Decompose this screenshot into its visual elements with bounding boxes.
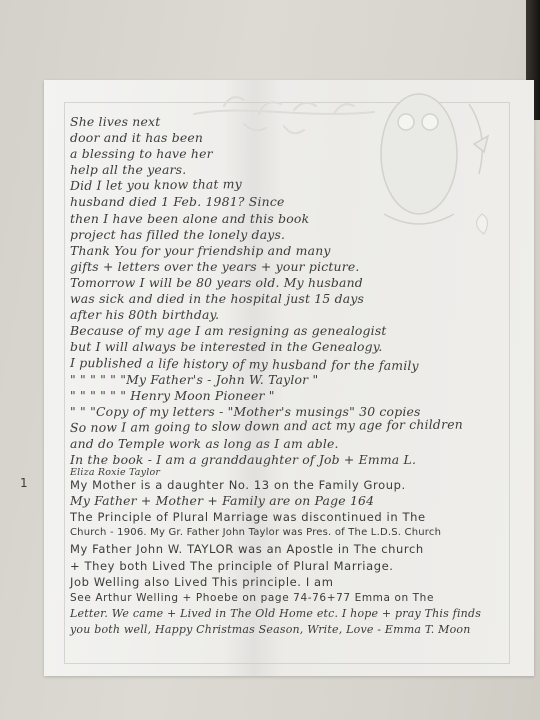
letter-line: Did I let you know that my <box>70 174 530 195</box>
letter-line: My Mother is a daughter No. 13 on the Fa… <box>70 477 530 493</box>
letter-line: Job Welling also Lived This principle. I… <box>70 574 530 590</box>
margin-mark: 1 <box>20 476 28 490</box>
letter-line: project has filled the lonely days. <box>70 227 530 243</box>
letter-line: Letter. We came + Lived in The Old Home … <box>70 606 530 622</box>
letter-body: She lives next door and it has been a bl… <box>70 114 530 638</box>
letter-line: + They both Lived The principle of Plura… <box>70 558 530 574</box>
letter-line: Thank You for your friendship and many <box>70 243 530 259</box>
letter-line: See Arthur Welling + Phoebe on page 74-7… <box>70 590 530 606</box>
letter-line: but I will always be interested in the G… <box>70 339 530 355</box>
letter-line: My Father John W. TAYLOR was an Apostle … <box>70 541 530 557</box>
letter-line: was sick and died in the hospital just 1… <box>70 291 530 307</box>
letter-line: In the book - I am a granddaughter of Jo… <box>70 452 530 468</box>
letter-line: She lives next <box>70 114 530 130</box>
letter-line-annotation: Eliza Roxie Taylor <box>70 468 530 477</box>
letter-line: you both well, Happy Christmas Season, W… <box>70 622 530 638</box>
letter-line: So now I am going to slow down and act m… <box>70 416 530 436</box>
letter-line: " " " " " " Henry Moon Pioneer " <box>70 388 530 404</box>
letter-line: after his 80th birthday. <box>70 307 530 323</box>
letter-line: husband died 1 Feb. 1981? Since <box>70 194 530 210</box>
letter-line: Church - 1906. My Gr. Father John Taylor… <box>70 525 530 541</box>
letter-line: door and it has been <box>70 130 530 146</box>
letter-line: Because of my age I am resigning as gene… <box>70 323 530 339</box>
letter-line: The Principle of Plural Marriage was dis… <box>70 509 530 525</box>
letter-sheet: She lives next door and it has been a bl… <box>44 80 534 676</box>
letter-line: a blessing to have her <box>70 146 530 162</box>
letter-line: gifts + letters over the years + your pi… <box>70 259 530 275</box>
letter-line: then I have been alone and this book <box>70 211 530 227</box>
letter-line: and do Temple work as long as I am able. <box>70 436 530 452</box>
letter-line: Tomorrow I will be 80 years old. My husb… <box>70 275 530 291</box>
letter-line: My Father + Mother + Family are on Page … <box>70 493 530 509</box>
